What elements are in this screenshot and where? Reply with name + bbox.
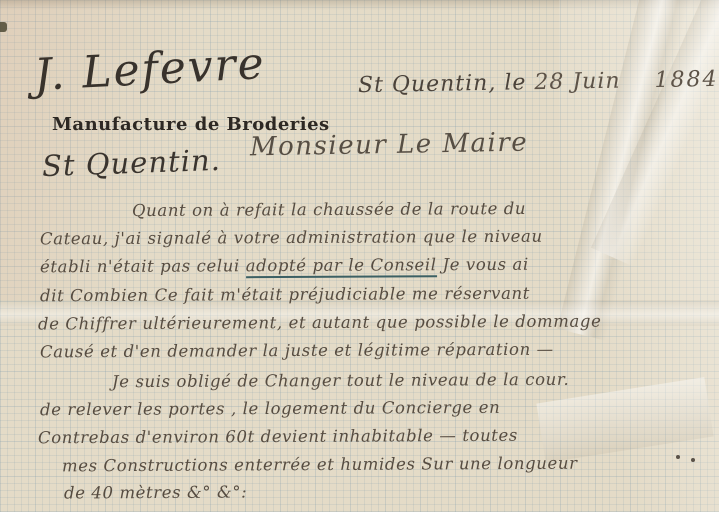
salutation: Monsieur Le Maire [250, 128, 529, 163]
dateline: St Quentin, le 28 Juin 1884 [358, 67, 719, 98]
dateline-day: 28 Juin [534, 69, 621, 96]
letter-page: J. Lefevre Manufacture de Broderies St Q… [0, 0, 719, 512]
paper-crease-corner [536, 377, 713, 463]
body-line-segment: établi n'était pas celui [40, 256, 246, 276]
body-line: dit Combien Ce fait m'était préjudiciabl… [40, 284, 530, 306]
body-line-segment: Je vous ai [437, 255, 529, 274]
paper-crease-diagonal-2 [591, 0, 719, 266]
edge-ink-mark [0, 22, 7, 32]
letterhead-city: St Quentin. [41, 143, 221, 183]
paper-crease-diagonal-1 [557, 0, 693, 341]
body-line: Quant on à refait la chaussée de la rout… [132, 199, 526, 220]
body-line: de 40 mètres &° &°: [64, 483, 247, 503]
ink-dot [676, 455, 680, 459]
body-line: Contrebas d'environ 60t devient inhabita… [38, 426, 518, 448]
dateline-place: St Quentin, le [358, 70, 527, 98]
body-line: de relever les portes , le logement du C… [40, 398, 500, 419]
body-line: mes Constructions enterrée et humides Su… [62, 454, 578, 476]
body-line: Causé et d'en demander la juste et légit… [40, 340, 554, 362]
underlined-phrase: adopté par le Conseil [246, 255, 437, 278]
body-line: Je suis obligé de Changer tout le niveau… [112, 370, 569, 391]
body-line: Cateau, j'ai signalé à votre administrat… [40, 227, 543, 249]
dateline-year: 1884 [654, 67, 718, 93]
letterhead-name: J. Lefevre [33, 38, 265, 101]
ink-dot [691, 458, 695, 462]
body-line: établi n'était pas celui adopté par le C… [40, 255, 529, 277]
body-line: de Chiffrer ultérieurement, et autant qu… [38, 312, 602, 334]
paper-edge-top [0, 0, 719, 10]
